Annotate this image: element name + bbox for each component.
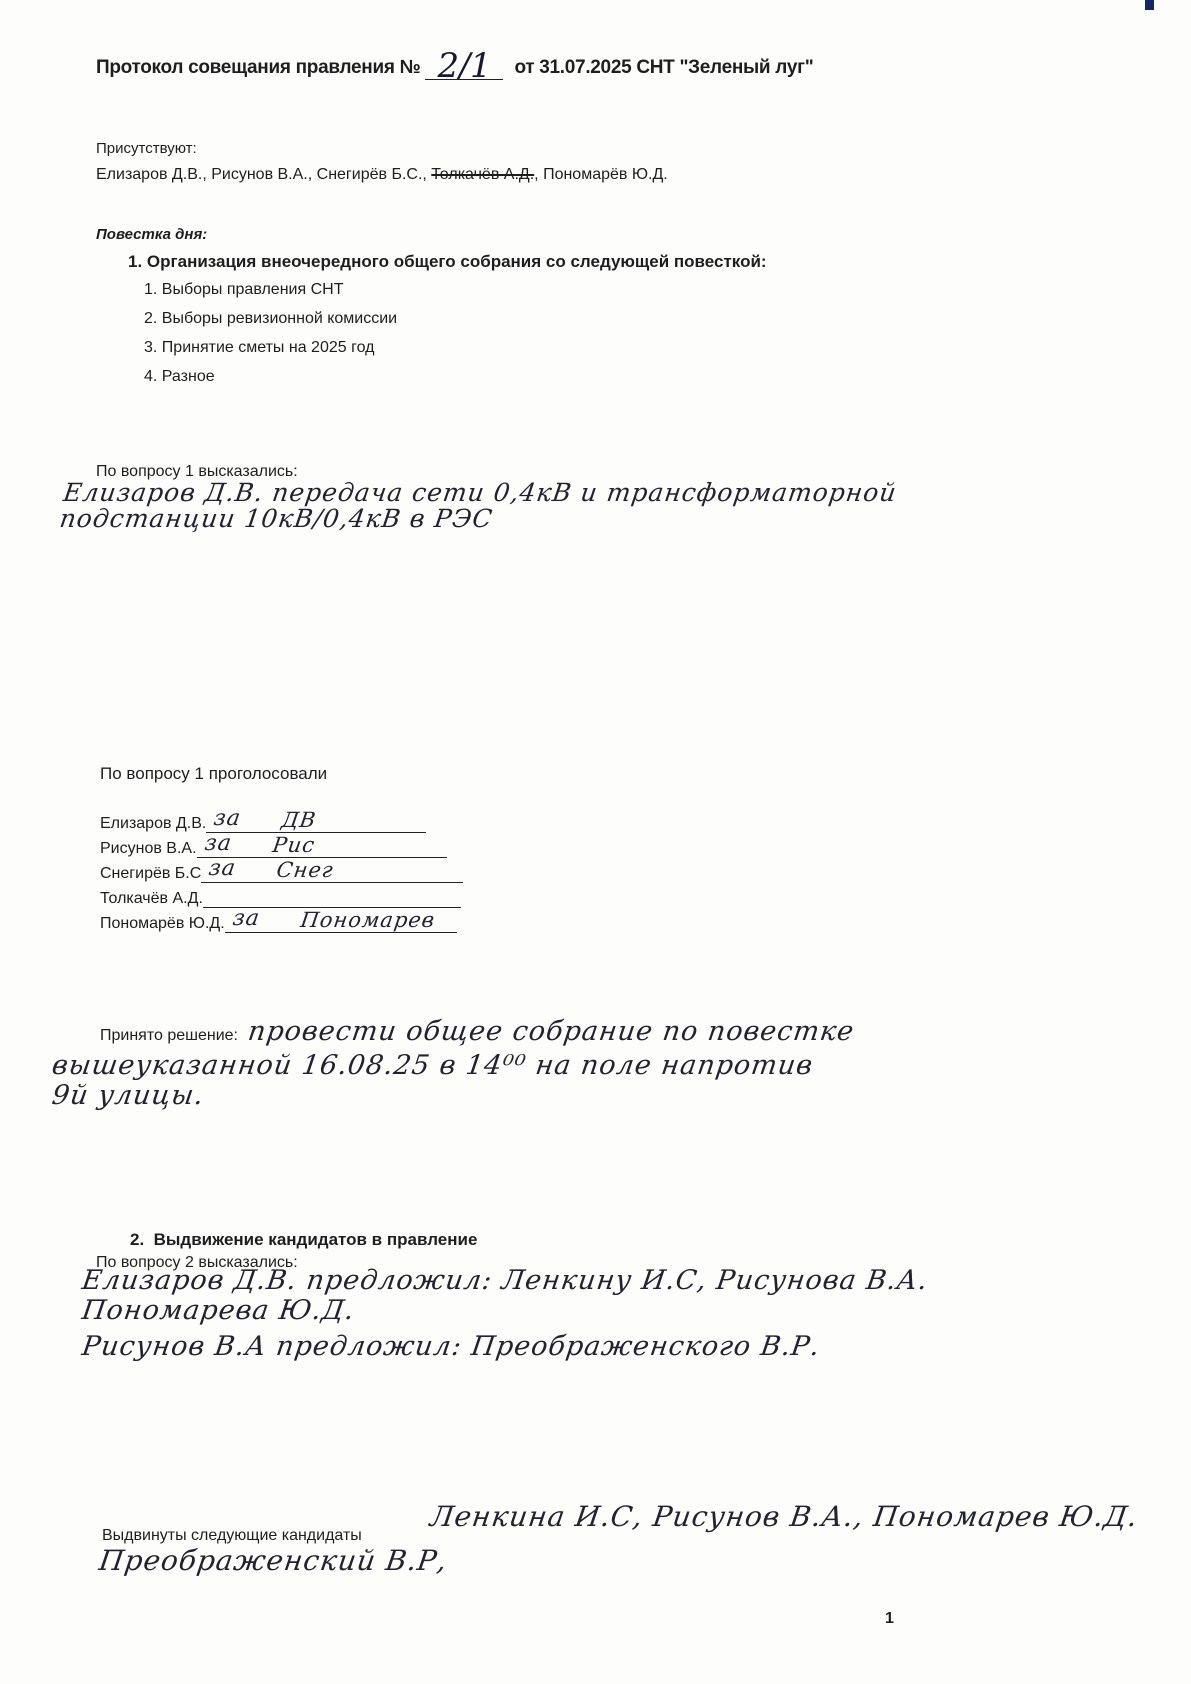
handwritten-line: Елизаров Д.В. предложил: Ленкину И.С, Ри…: [80, 1266, 930, 1296]
vote-value: за: [203, 831, 234, 856]
handwritten-line: подстанции 10кВ/0,4кВ в РЭС: [58, 506, 895, 532]
agenda-subitem: 3. Принятие сметы на 2025 год: [144, 339, 374, 357]
vote-row: Рисунов В.А. за Рис: [100, 833, 463, 858]
attendee: Елизаров Д.В.: [96, 166, 202, 183]
title-prefix: Протокол совещания правления №: [96, 57, 420, 78]
attendee: Снегирёв Б.С.: [317, 166, 423, 183]
question2-spoke-handwritten: Елизаров Д.В. предложил: Ленкину И.С, Ри…: [80, 1266, 926, 1362]
attendee-struck: Толкачёв А.Д.: [431, 166, 534, 183]
vote-row: Пономарёв Ю.Д. за Пономарев: [100, 908, 463, 933]
vote-line: [203, 885, 461, 908]
vote-value: за: [207, 856, 238, 881]
agenda-item-number: 1.: [128, 252, 142, 271]
scan-edge-mark: [1145, 0, 1154, 10]
agenda-subitem: 1. Выборы правления СНТ: [144, 281, 343, 299]
protocol-number-field: 2/1: [425, 52, 503, 80]
voter-name: Рисунов В.А.: [100, 840, 197, 858]
voter-name: Елизаров Д.В.: [100, 815, 206, 833]
page-number: 1: [885, 1610, 894, 1628]
handwritten-line: Рисунов В.А предложил: Преображенского В…: [80, 1332, 930, 1362]
voter-signature: Снег: [275, 858, 335, 882]
agenda-item-title: Выдвижение кандидатов в правление: [154, 1230, 478, 1249]
decision-label: Принято решение:: [100, 1027, 238, 1044]
agenda-label: Повестка дня:: [96, 226, 207, 243]
handwritten-line: Ленкина И.С, Рисунов В.А., Пономарев Ю.Д…: [428, 1500, 1140, 1533]
handwritten-line: вышеуказанной 16.08.25 в 14⁰⁰ на поле на…: [50, 1051, 856, 1081]
agenda-item-2: 2. Выдвижение кандидатов в правление: [130, 1230, 477, 1250]
agenda-subitem: 2. Выборы ревизионной комиссии: [144, 310, 397, 328]
agenda-item-title: Организация внеочередного общего собрани…: [147, 252, 767, 271]
voter-name: Пономарёв Ю.Д.: [100, 915, 225, 933]
vote-line: за ДВ: [206, 810, 426, 833]
voter-signature: Рис: [271, 833, 317, 857]
attendee: Рисунов В.А.: [211, 166, 308, 183]
attendees-label: Присутствуют:: [96, 140, 197, 157]
candidates-label: Выдвинуты следующие кандидаты: [102, 1527, 362, 1545]
bleed-through-text: [150, 690, 156, 716]
question1-voted-label: По вопросу 1 проголосовали: [100, 764, 327, 784]
decision-line-1-wrapper: Принято решение: провести общее собрание…: [50, 1016, 851, 1051]
voter-name: Толкачёв А.Д.: [100, 890, 203, 908]
voter-signature: Пономарев: [299, 908, 437, 932]
vote-row: Толкачёв А.Д.: [100, 883, 463, 908]
vote-line: за Рис: [197, 835, 447, 858]
question1-spoke-handwritten: Елизаров Д.В. передача сети 0,4кВ и тран…: [58, 480, 898, 532]
handwritten-line: Елизаров Д.В. передача сети 0,4кВ и тран…: [62, 480, 899, 506]
attendees-list: Елизаров Д.В., Рисунов В.А., Снегирёв Б.…: [96, 166, 668, 184]
voter-name: Снегирёв Б.С: [100, 865, 201, 883]
vote-row: Елизаров Д.В. за ДВ: [100, 808, 463, 833]
agenda-subitem: 4. Разное: [144, 368, 215, 386]
title-suffix: от 31.07.2025 СНТ "Зеленый луг": [514, 57, 813, 78]
handwritten-line: Пономарева Ю.Д.: [80, 1296, 930, 1326]
handwritten-line: Преображенский В.Р,: [97, 1544, 450, 1577]
agenda-item-1: 1. Организация внеочередного общего собр…: [128, 252, 767, 272]
decision-block: Принято решение: провести общее собрание…: [50, 1016, 851, 1111]
handwritten-line: провести общее собрание по повестке: [246, 1017, 856, 1047]
handwritten-line: 9й улицы.: [50, 1081, 856, 1111]
document-title: Протокол совещания правления № 2/1 от 31…: [96, 52, 813, 80]
vote-line: за Снег: [201, 860, 463, 883]
vote-line: за Пономарев: [225, 910, 457, 933]
vote-value: за: [212, 806, 243, 831]
vote-table: Елизаров Д.В. за ДВ Рисунов В.А. за Рис …: [100, 808, 463, 933]
voter-signature: ДВ: [280, 808, 318, 832]
vote-value: за: [231, 906, 262, 931]
attendee: Пономарёв Ю.Д.: [543, 166, 668, 183]
vote-row: Снегирёв Б.С за Снег: [100, 858, 463, 883]
agenda-item-number: 2.: [130, 1230, 144, 1249]
protocol-number-handwritten: 2/1: [438, 46, 492, 86]
